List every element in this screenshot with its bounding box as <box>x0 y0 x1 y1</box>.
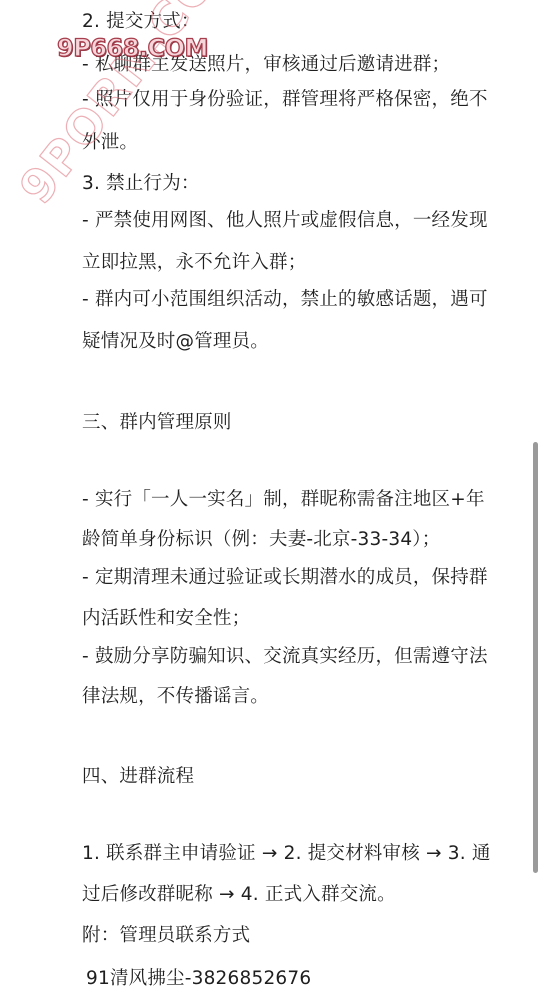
admin-contact: 91清风拂尘-3826852676 <box>86 967 311 991</box>
text-line: 龄简单身份标识（例：夫妻-北京-33-34）； <box>82 528 440 552</box>
text-line: - 定期清理未通过验证或长期潜水的成员，保持群 <box>82 566 488 590</box>
text-line: 1. 联系群主申请验证 → 2. 提交材料审核 → 3. 通 <box>82 842 491 866</box>
appendix-label: 附：管理员联系方式 <box>82 924 250 948</box>
text-line: - 群内可小范围组织活动，禁止的敏感话题，遇可 <box>82 288 488 312</box>
text-line: 疑情况及时@管理员。 <box>82 330 269 354</box>
document-body: 2. 提交方式： - 私聊群主发送照片，审核通过后邀请进群； - 照片仅用于身份… <box>0 0 545 1000</box>
text-line: - 私聊群主发送照片，审核通过后邀请进群； <box>82 53 450 77</box>
section-heading-prohibited: 3. 禁止行为： <box>82 172 200 196</box>
text-line: - 鼓励分享防骗知识、交流真实经历，但需遵守法 <box>82 645 488 669</box>
vertical-scrollbar-thumb[interactable] <box>533 442 538 873</box>
text-line: 立即拉黑，永不允许入群； <box>82 251 306 275</box>
text-line: 过后修改群昵称 → 4. 正式入群交流。 <box>82 883 396 907</box>
section-heading-submit-method: 2. 提交方式： <box>82 10 200 34</box>
text-line: 内活跃性和安全性； <box>82 607 250 631</box>
text-line: - 严禁使用网图、他人照片或虚假信息，一经发现 <box>82 209 488 233</box>
text-line: 外泄。 <box>82 131 138 155</box>
section-heading-join-process: 四、进群流程 <box>82 765 194 789</box>
text-line: - 实行「一人一实名」制，群昵称需备注地区+年 <box>82 488 485 512</box>
section-heading-management: 三、群内管理原则 <box>82 411 232 435</box>
text-line: - 照片仅用于身份验证，群管理将严格保密，绝不 <box>82 88 488 112</box>
text-line: 律法规，不传播谣言。 <box>82 685 269 709</box>
